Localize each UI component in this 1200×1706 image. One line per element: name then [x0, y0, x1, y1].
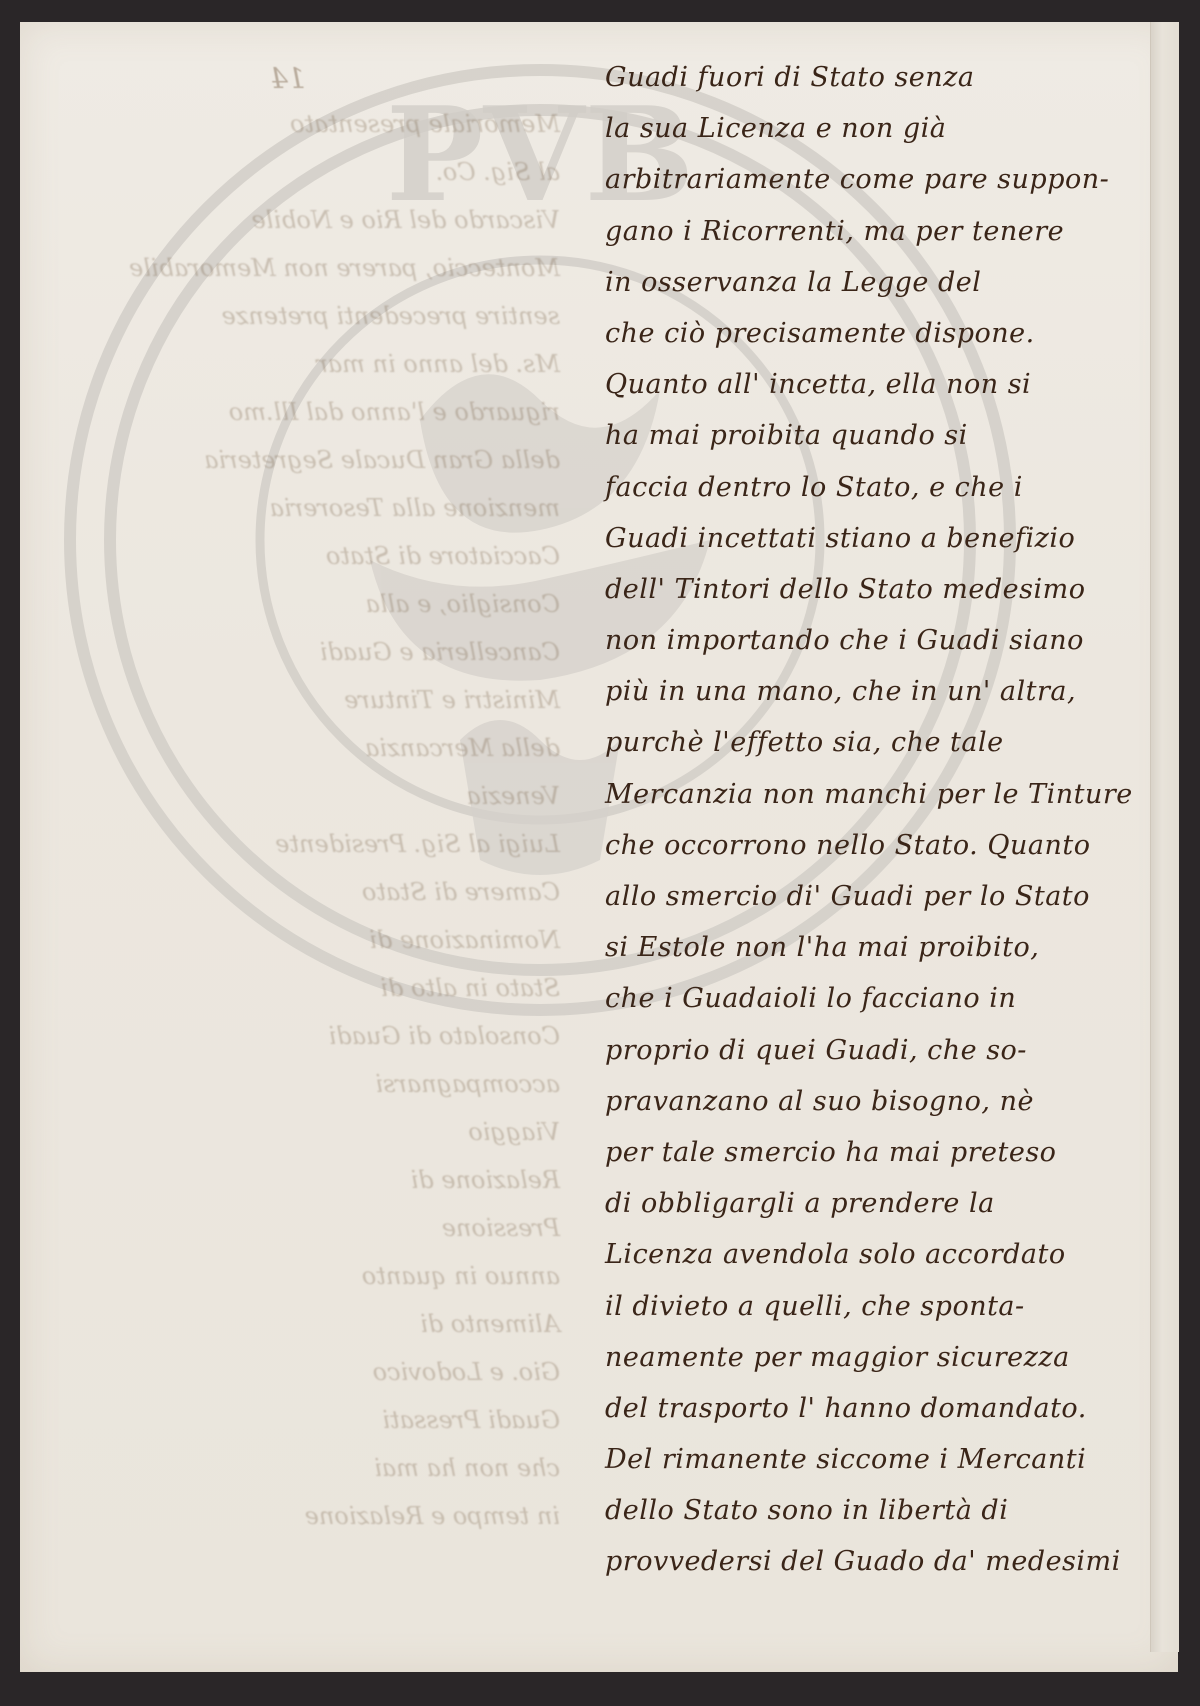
text-line: che ciò precisamente dispone. — [605, 308, 1165, 359]
bleed-line: Memoriale presentato — [40, 100, 560, 148]
handwritten-text-block: Guadi fuori di Stato senza la sua Licenz… — [605, 52, 1165, 1588]
bleed-line: annuo in quanto — [40, 1252, 560, 1300]
text-line: che occorrono nello Stato. Quanto — [605, 820, 1165, 871]
text-line: la sua Licenza e non già — [605, 103, 1165, 154]
bleed-line: menzione alla Tesoreria — [40, 484, 560, 532]
bleed-line: in tempo e Relazione — [40, 1492, 560, 1540]
bleed-line: Consiglio, e alla — [40, 580, 560, 628]
bleed-line: Ms. del anno in mar — [40, 340, 560, 388]
text-line: purchè l'effetto sia, che tale — [605, 717, 1165, 768]
text-line: di obbligargli a prendere la — [605, 1178, 1165, 1229]
bleed-through-text: Memoriale presentato al Sig. Co. Viscard… — [40, 100, 560, 1540]
bleed-line: Pressione — [40, 1204, 560, 1252]
text-line: dello Stato sono in libertà di — [605, 1485, 1165, 1536]
bleed-line: Guadi Pressati — [40, 1396, 560, 1444]
text-line: che i Guadaioli lo facciano in — [605, 973, 1165, 1024]
bleed-line: Cancelleria e Guadi — [40, 628, 560, 676]
bleed-line: Relazione di — [40, 1156, 560, 1204]
text-line: Mercanzia non manchi per le Tinture — [605, 769, 1165, 820]
bleed-line: Camere di Stato — [40, 868, 560, 916]
text-line: neamente per maggior sicurezza — [605, 1332, 1165, 1383]
text-line: per tale smercio ha mai preteso — [605, 1127, 1165, 1178]
bleed-line: Nominazione di — [40, 916, 560, 964]
bleed-line: della Gran Ducale Segreteria — [40, 436, 560, 484]
bleed-line: al Sig. Co. — [40, 148, 560, 196]
text-line: Guadi incettati stiano a benefizio — [605, 513, 1165, 564]
bleed-line: Monteccio, parere non Memorabile — [40, 244, 560, 292]
mirrored-folio-mark: 14 — [270, 62, 306, 95]
bleed-line: Consolato di Guadi — [40, 1012, 560, 1060]
text-line: Quanto all' incetta, ella non si — [605, 359, 1165, 410]
text-line: del trasporto l' hanno domandato. — [605, 1383, 1165, 1434]
bleed-line: Stato in alto di — [40, 964, 560, 1012]
bleed-line: Gio. e Lodovico — [40, 1348, 560, 1396]
text-line: Guadi fuori di Stato senza — [605, 52, 1165, 103]
bleed-line: sentire precedenti pretenze — [40, 292, 560, 340]
bleed-line: Alimento di — [40, 1300, 560, 1348]
text-line: allo smercio di' Guadi per lo Stato — [605, 871, 1165, 922]
text-line: faccia dentro lo Stato, e che i — [605, 462, 1165, 513]
bleed-line: che non ha mai — [40, 1444, 560, 1492]
text-line: in osservanza la Legge del — [605, 257, 1165, 308]
bleed-line: Luigi al Sig. Presidente — [40, 820, 560, 868]
text-line: Del rimanente siccome i Mercanti — [605, 1434, 1165, 1485]
bleed-line: accompagnarsi — [40, 1060, 560, 1108]
text-line: non importando che i Guadi siano — [605, 615, 1165, 666]
text-line: più in una mano, che in un' altra, — [605, 666, 1165, 717]
bleed-line: Venezia — [40, 772, 560, 820]
bleed-line: Ministri e Tinture — [40, 676, 560, 724]
text-line: gano i Ricorrenti, ma per tenere — [605, 206, 1165, 257]
text-line: proprio di quei Guadi, che so- — [605, 1025, 1165, 1076]
bleed-line: Viaggio — [40, 1108, 560, 1156]
bleed-line: della Mercanzia — [40, 724, 560, 772]
text-line: dell' Tintori dello Stato medesimo — [605, 564, 1165, 615]
text-line: Licenza avendola solo accordato — [605, 1229, 1165, 1280]
text-line: si Estole non l'ha mai proibito, — [605, 922, 1165, 973]
bleed-line: riguardo e l'anno dal Ill.mo — [40, 388, 560, 436]
bleed-line: Viscardo del Rio e Nobile — [40, 196, 560, 244]
bleed-line: Cacciatore di Stato — [40, 532, 560, 580]
text-line: provvedersi del Guado da' medesimi — [605, 1536, 1165, 1587]
text-line: il divieto a quelli, che sponta- — [605, 1281, 1165, 1332]
text-line: ha mai proibita quando si — [605, 410, 1165, 461]
text-line: pravanzano al suo bisogno, nè — [605, 1076, 1165, 1127]
text-line: arbitrariamente come pare suppon- — [605, 154, 1165, 205]
